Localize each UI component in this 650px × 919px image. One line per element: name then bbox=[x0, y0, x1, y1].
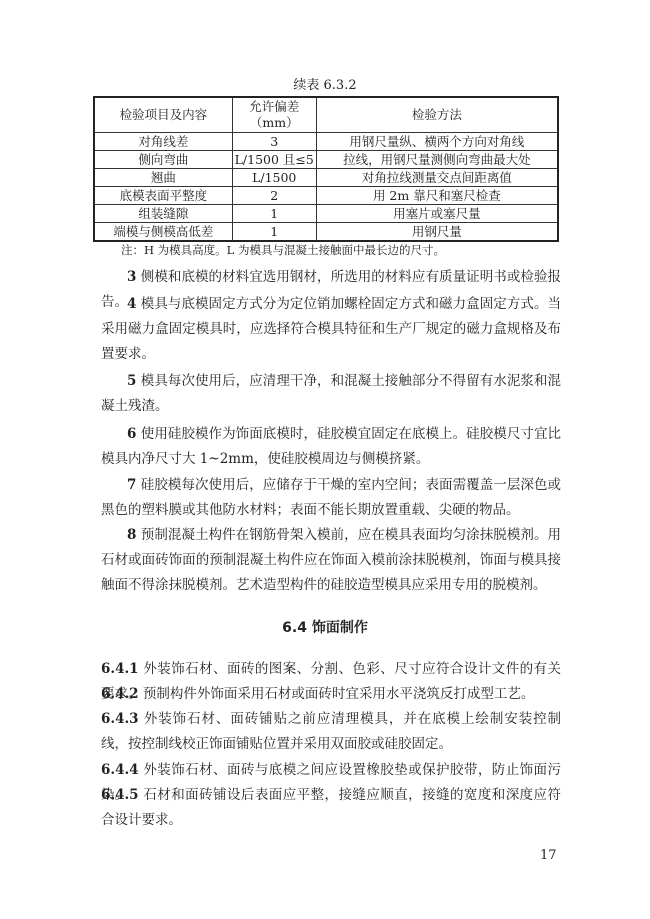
paragraph-number: 3 bbox=[127, 269, 136, 285]
paragraph-text: 使用硅胶模作为饰面底模时，硅胶模宜固定在底模上。硅胶模尺寸宜比模具内净尺寸大 1… bbox=[101, 426, 561, 467]
header-method: 检验方法 bbox=[316, 97, 558, 133]
paragraph-text: 模具与底模固定方式分为定位销加螺栓固定方式和磁力盒固定方式。当采用磁力盒固定模具… bbox=[101, 296, 561, 362]
cell-method: 用钢尺量 bbox=[316, 223, 558, 242]
paragraph-number: 5 bbox=[127, 373, 136, 389]
paragraph-number: 8 bbox=[127, 527, 136, 543]
paragraph-text: 预制混凝土构件在钢筋骨架入模前，应在模具表面均匀涂抹脱模剂。用石材或面砖饰面的预… bbox=[101, 527, 561, 593]
clause-text: 预制构件外饰面采用石材或面砖时宜采用水平浇筑反打成型工艺。 bbox=[143, 686, 535, 702]
paragraph-8: 8 预制混凝土构件在钢筋骨架入模前，应在模具表面均匀涂抹脱模剂。用石材或面砖饰面… bbox=[101, 523, 561, 598]
paragraph-text: 硅胶模每次使用后，应储存于干燥的室内空间；表面需覆盖一层深色或黑色的塑料膜或其他… bbox=[101, 477, 561, 518]
table-row: 侧向弯曲 L/1500 且≤5 拉线，用钢尺量测侧向弯曲最大处 bbox=[94, 151, 558, 169]
paragraph-4: 4 模具与底模固定方式分为定位销加螺栓固定方式和磁力盒固定方式。当采用磁力盒固定… bbox=[101, 292, 561, 367]
paragraph-7: 7 硅胶模每次使用后，应储存于干燥的室内空间；表面需覆盖一层深色或黑色的塑料膜或… bbox=[101, 473, 561, 523]
cell-method: 拉线，用钢尺量测侧向弯曲最大处 bbox=[316, 151, 558, 169]
cell-method: 用 2m 靠尺和塞尺检查 bbox=[316, 187, 558, 205]
table-note: 注：H 为模具高度。L 为模具与混凝土接触面中最长边的尺寸。 bbox=[121, 243, 445, 257]
header-tolerance-line2: （mm） bbox=[233, 115, 316, 131]
cell-item: 组装缝隙 bbox=[94, 205, 232, 223]
cell-tolerance: L/1500 且≤5 bbox=[232, 151, 316, 169]
cell-tolerance: L/1500 bbox=[232, 169, 316, 187]
cell-item: 侧向弯曲 bbox=[94, 151, 232, 169]
table-caption: 续表 6.3.2 bbox=[0, 78, 650, 94]
page-number: 17 bbox=[540, 848, 557, 863]
clause-number: 6.4.4 bbox=[101, 762, 139, 778]
paragraph-number: 7 bbox=[127, 477, 136, 493]
cell-item: 端模与侧模高低差 bbox=[94, 223, 232, 242]
table-row: 对角线差 3 用钢尺量纵、横两个方向对角线 bbox=[94, 133, 558, 151]
clause-number: 6.4.1 bbox=[101, 661, 139, 677]
cell-method: 用塞片或塞尺量 bbox=[316, 205, 558, 223]
cell-item: 底模表面平整度 bbox=[94, 187, 232, 205]
cell-item: 翘曲 bbox=[94, 169, 232, 187]
clause-text: 石材和面砖铺设后表面应平整，接缝应顺直，接缝的宽度和深度应符合设计要求。 bbox=[101, 787, 561, 828]
clause-text: 外装饰石材、面砖铺贴之前应清理模具，并在底模上绘制安装控制线，按控制线校正饰面铺… bbox=[101, 711, 561, 752]
paragraph-number: 4 bbox=[127, 296, 136, 312]
section-title: 6.4 饰面制作 bbox=[0, 617, 650, 637]
table-row: 端模与侧模高低差 1 用钢尺量 bbox=[94, 223, 558, 242]
table-row: 翘曲 L/1500 对角拉线测量交点间距离值 bbox=[94, 169, 558, 187]
cell-method: 用钢尺量纵、横两个方向对角线 bbox=[316, 133, 558, 151]
paragraph-number: 6 bbox=[127, 426, 136, 442]
clause-number: 6.4.3 bbox=[101, 711, 139, 727]
table-header-row: 检验项目及内容 允许偏差 （mm） 检验方法 bbox=[94, 97, 558, 133]
paragraph-text: 模具每次使用后，应清理干净，和混凝土接触部分不得留有水泥浆和混凝土残渣。 bbox=[101, 373, 561, 414]
header-item: 检验项目及内容 bbox=[94, 97, 232, 133]
clause-number: 6.4.5 bbox=[101, 787, 139, 803]
clause-6-4-5: 6.4.5 石材和面砖铺设后表面应平整，接缝应顺直，接缝的宽度和深度应符合设计要… bbox=[101, 783, 561, 833]
inspection-table: 检验项目及内容 允许偏差 （mm） 检验方法 对角线差 3 用钢尺量纵、横两个方… bbox=[93, 96, 559, 242]
clause-6-4-2: 6.4.2 预制构件外饰面采用石材或面砖时宜采用水平浇筑反打成型工艺。 bbox=[101, 682, 561, 707]
clause-number: 6.4.2 bbox=[101, 686, 139, 702]
header-tolerance: 允许偏差 （mm） bbox=[232, 97, 316, 133]
document-page: 续表 6.3.2 检验项目及内容 允许偏差 （mm） 检验方法 对角线差 3 用… bbox=[0, 0, 650, 919]
header-tolerance-line1: 允许偏差 bbox=[233, 99, 316, 115]
paragraph-6: 6 使用硅胶模作为饰面底模时，硅胶模宜固定在底模上。硅胶模尺寸宜比模具内净尺寸大… bbox=[101, 422, 561, 472]
clause-6-4-3: 6.4.3 外装饰石材、面砖铺贴之前应清理模具，并在底模上绘制安装控制线，按控制… bbox=[101, 707, 561, 757]
cell-method: 对角拉线测量交点间距离值 bbox=[316, 169, 558, 187]
paragraph-5: 5 模具每次使用后，应清理干净，和混凝土接触部分不得留有水泥浆和混凝土残渣。 bbox=[101, 369, 561, 419]
cell-tolerance: 3 bbox=[232, 133, 316, 151]
table-row: 组装缝隙 1 用塞片或塞尺量 bbox=[94, 205, 558, 223]
cell-tolerance: 1 bbox=[232, 223, 316, 242]
cell-item: 对角线差 bbox=[94, 133, 232, 151]
table-row: 底模表面平整度 2 用 2m 靠尺和塞尺检查 bbox=[94, 187, 558, 205]
cell-tolerance: 1 bbox=[232, 205, 316, 223]
cell-tolerance: 2 bbox=[232, 187, 316, 205]
